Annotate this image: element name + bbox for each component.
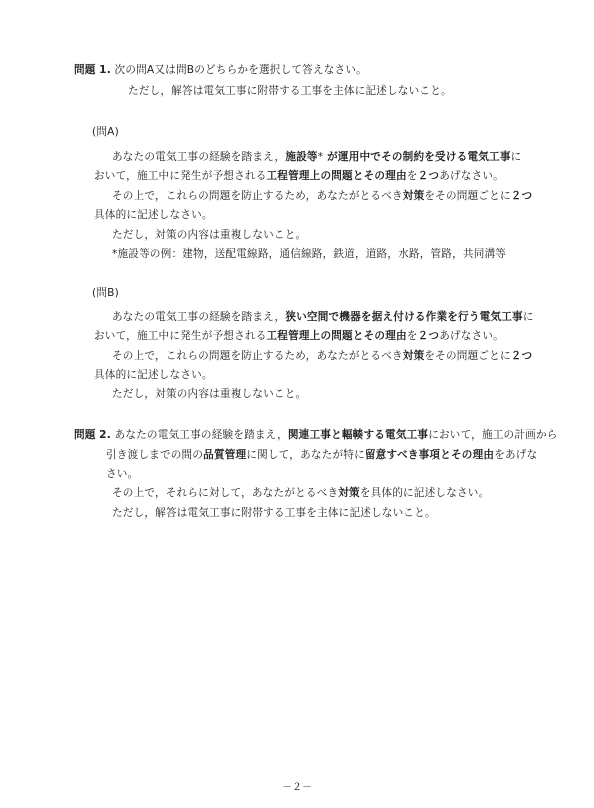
page-number: －２－ [0, 778, 594, 793]
question-1-note: ただし，解答は電気工事に附帯する工事を主体に記述しないこと。 [128, 84, 452, 98]
question-1-text: 次の問A又は問Bのどちらかを選択して答えなさい。 [115, 64, 367, 76]
option-a-line-5: ただし，対策の内容は重複しないこと。 [112, 228, 306, 242]
question-label: 問題 [74, 429, 96, 441]
option-b-line-2: おいて，施工中に発生が予想される工程管理上の問題とその理由を２つあげなさい。 [94, 329, 504, 343]
option-a-line-4: 具体的に記述しなさい。 [94, 208, 213, 222]
option-b-heading: (問B) [92, 286, 119, 300]
question-2-line-5: ただし，解答は電気工事に附帯する工事を主体に記述しないこと。 [112, 506, 436, 520]
option-b-line-1: あなたの電気工事の経験を踏まえ，狭い空間で機器を据え付ける作業を行う電気工事に [112, 310, 534, 324]
option-a-footnote: *施設等の例：建物，送配電線路，通信線路，鉄道，道路，水路，管路，共同溝等 [112, 247, 506, 261]
question-2-line-4: その上で，それらに対して，あなたがとるべき対策を具体的に記述しなさい。 [112, 486, 489, 500]
option-b-line-5: ただし，対策の内容は重複しないこと。 [112, 387, 306, 401]
question-2-line-3: さい。 [106, 467, 138, 481]
question-number: 1. [99, 64, 111, 76]
question-2-line-2: 引き渡しまでの間の品質管理に関して，あなたが特に留意すべき事項とその理由をあげな [106, 448, 537, 462]
option-b-line-4: 具体的に記述しなさい。 [94, 368, 213, 382]
option-a-heading: (問A) [92, 125, 119, 139]
option-b-line-3: その上で，これらの問題を防止するため，あなたがとるべき対策をその問題ごとに２つ [112, 349, 532, 363]
option-a-line-2: おいて，施工中に発生が予想される工程管理上の問題とその理由を２つあげなさい。 [94, 169, 504, 183]
question-1-intro: 問題 1. 次の問A又は問Bのどちらかを選択して答えなさい。 [74, 63, 367, 77]
option-a-line-3: その上で，これらの問題を防止するため，あなたがとるべき対策をその問題ごとに２つ [112, 189, 532, 203]
question-label: 問題 [74, 64, 96, 76]
question-number: 2. [99, 429, 111, 441]
question-2-line-1: 問題 2. あなたの電気工事の経験を踏まえ，関連工事と輻輳する電気工事において，… [74, 428, 558, 442]
option-a-line-1: あなたの電気工事の経験を踏まえ，施設等* が運用中でその制約を受ける電気工事に [112, 150, 521, 164]
